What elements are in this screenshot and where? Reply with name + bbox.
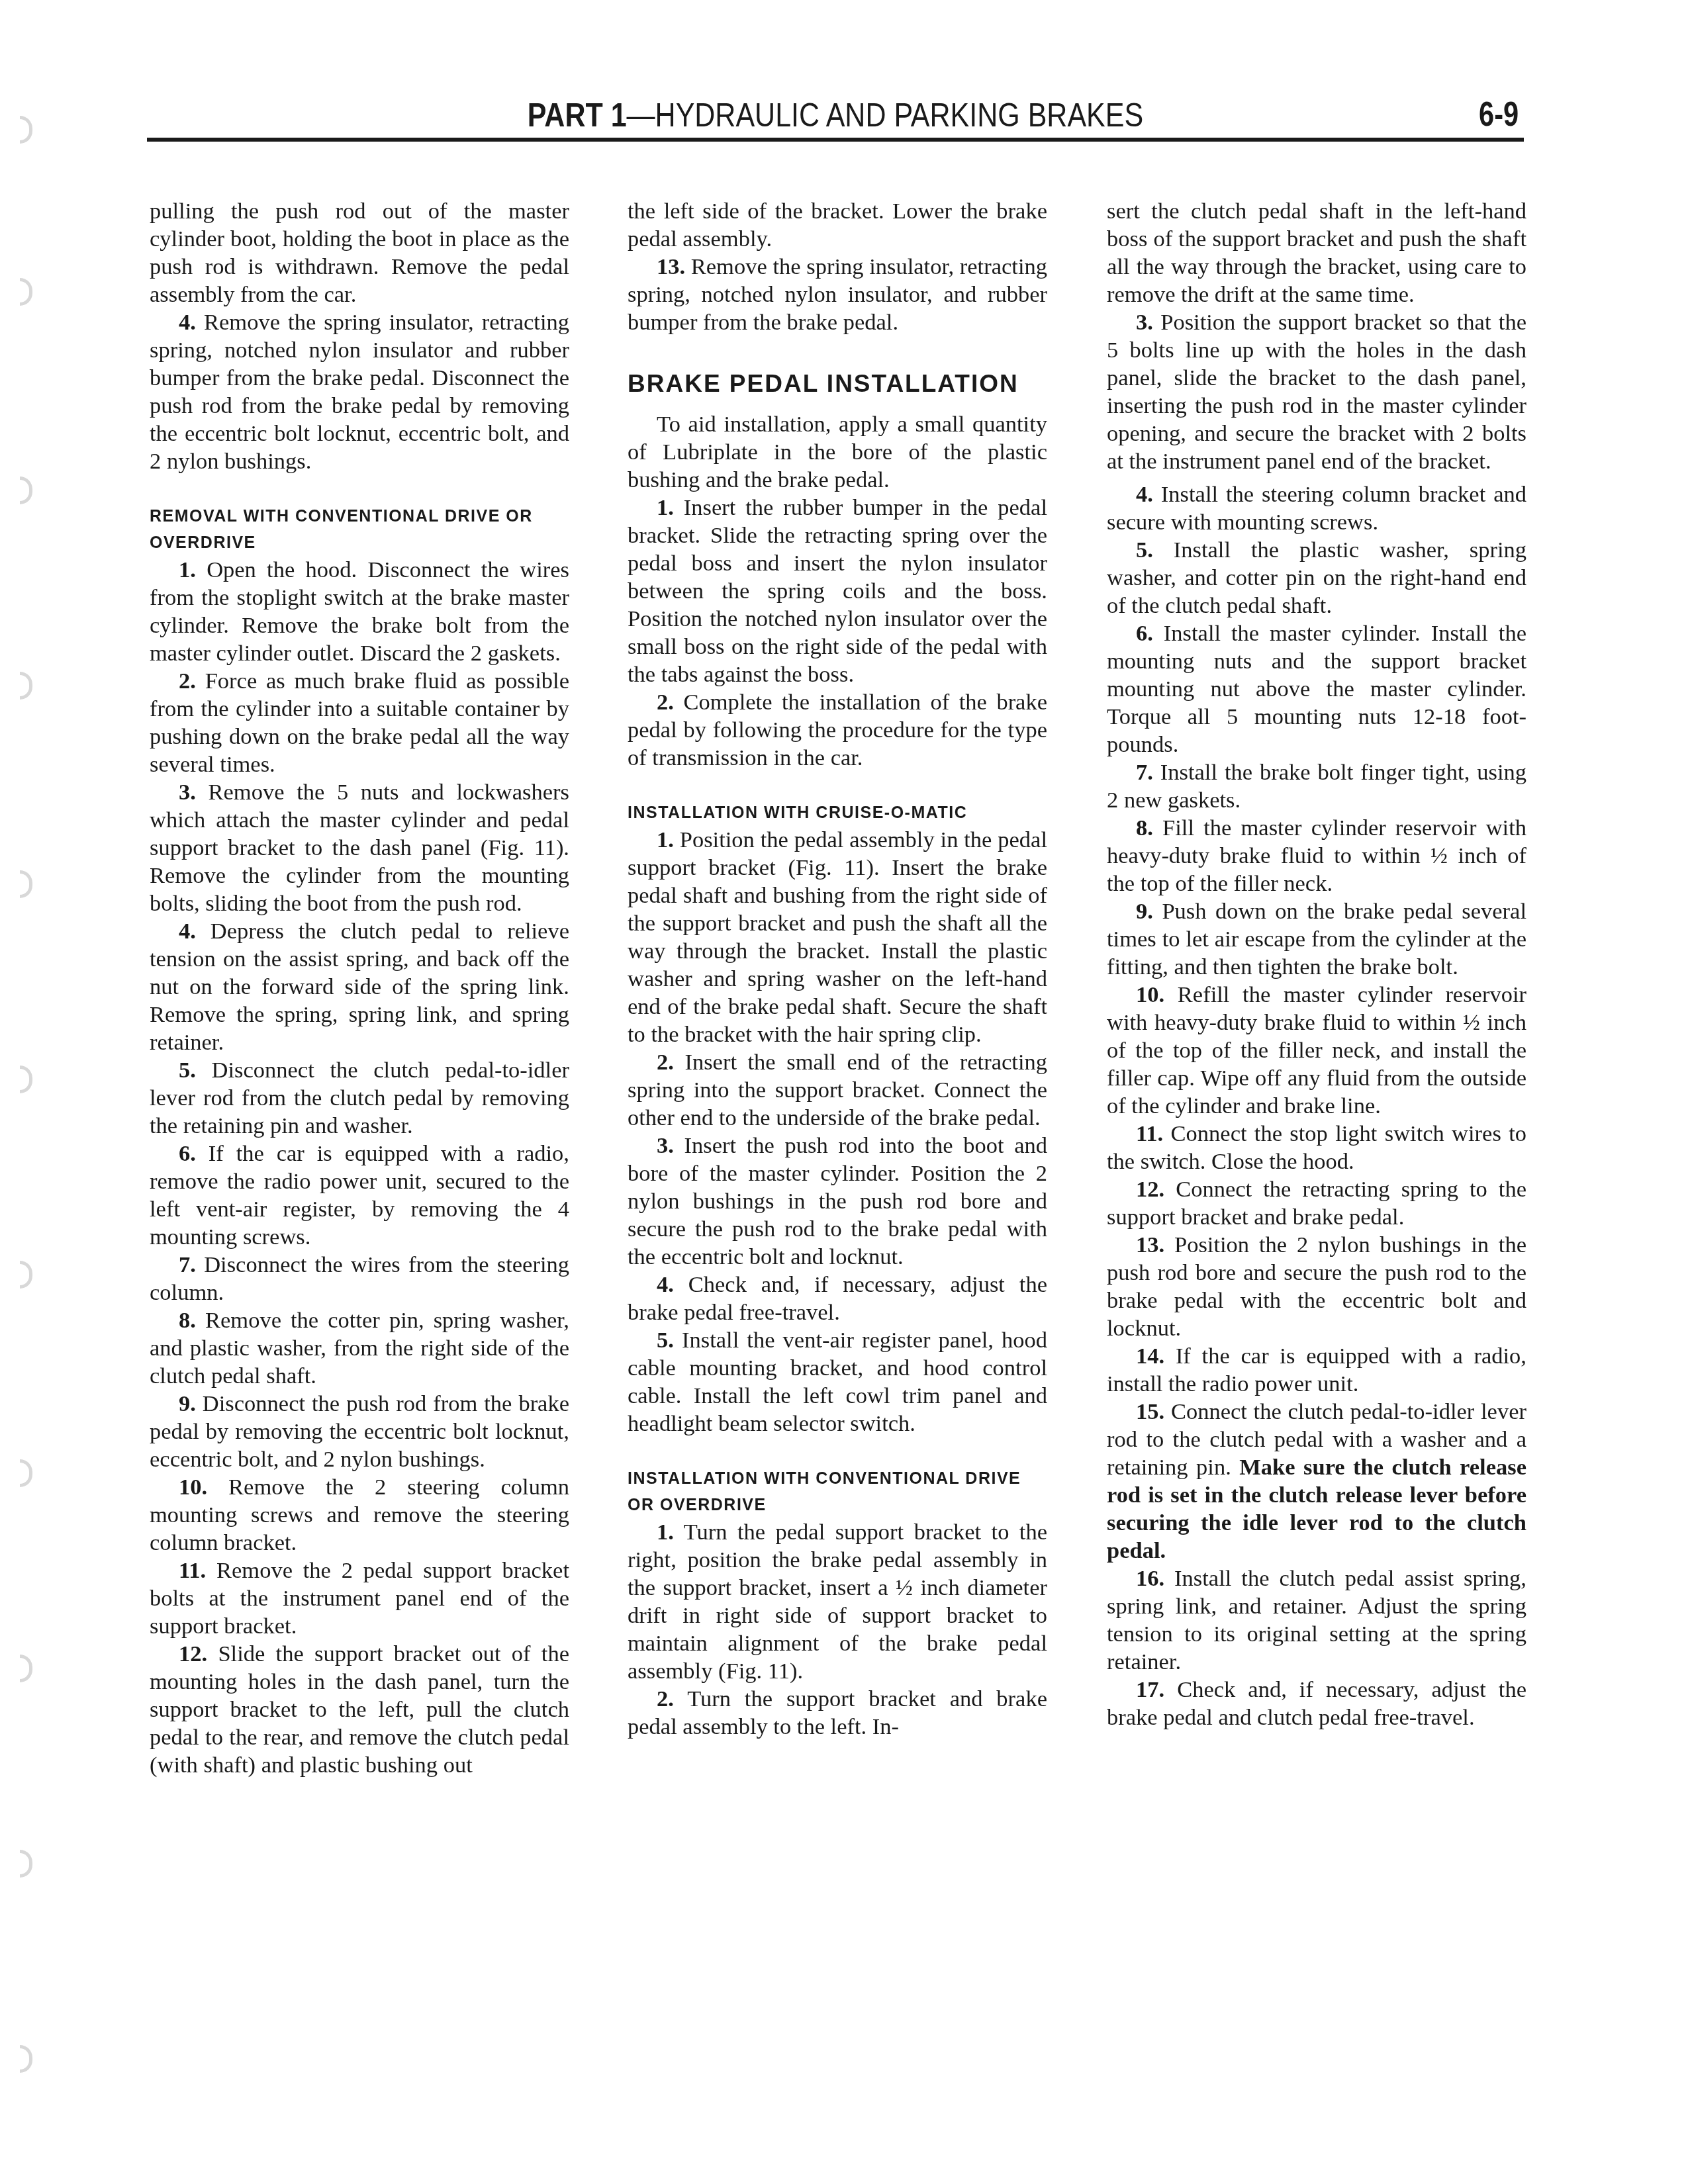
- step: 16. Install the clutch pedal assist spri…: [1107, 1565, 1526, 1676]
- punch-hole-mark: [20, 1850, 32, 1878]
- step: 2. Force as much brake fluid as possible…: [150, 667, 569, 778]
- step: 10. Refill the master cylinder reservoir…: [1107, 981, 1526, 1120]
- punch-hole-mark: [20, 870, 32, 898]
- step: 1. Turn the pedal support bracket to the…: [628, 1518, 1047, 1685]
- step: 2. Insert the small end of the retractin…: [628, 1048, 1047, 1132]
- paragraph: the left side of the bracket. Lower the …: [628, 197, 1047, 253]
- step: 2. Turn the support bracket and brake pe…: [628, 1685, 1047, 1741]
- paragraph: pulling the push rod out of the master c…: [150, 197, 569, 308]
- step: 9. Push down on the brake pedal several …: [1107, 897, 1526, 981]
- step: 9. Disconnect the push rod from the brak…: [150, 1390, 569, 1473]
- column-right: sert the clutch pedal shaft in the left-…: [1107, 197, 1526, 1731]
- step: 14. If the car is equipped with a radio,…: [1107, 1342, 1526, 1398]
- step: 6. Install the master cylinder. Install …: [1107, 619, 1526, 758]
- step: 6. If the car is equipped with a radio, …: [150, 1140, 569, 1251]
- step: 3. Insert the push rod into the boot and…: [628, 1132, 1047, 1271]
- step: 12. Slide the support bracket out of the…: [150, 1640, 569, 1779]
- title-section: —HYDRAULIC AND PARKING BRAKES: [627, 97, 1144, 134]
- step: 2. Complete the installation of the brak…: [628, 688, 1047, 772]
- page-number: 6-9: [1479, 95, 1519, 134]
- step: 3. Position the support bracket so that …: [1107, 308, 1526, 475]
- punch-hole-mark: [20, 278, 32, 306]
- step: 11. Remove the 2 pedal support bracket b…: [150, 1557, 569, 1640]
- step: 12. Connect the retracting spring to the…: [1107, 1175, 1526, 1231]
- step: 11. Connect the stop light switch wires …: [1107, 1120, 1526, 1175]
- page-title: PART 1—HYDRAULIC AND PARKING BRAKES: [244, 96, 1428, 134]
- step: 5. Disconnect the clutch pedal-to-idler …: [150, 1056, 569, 1140]
- step-with-warning: 15. Connect the clutch pedal-to-idler le…: [1107, 1398, 1526, 1565]
- step: 3. Remove the 5 nuts and lockwashers whi…: [150, 778, 569, 917]
- punch-hole-mark: [20, 116, 32, 144]
- punch-hole-mark: [20, 1459, 32, 1487]
- step: 1. Position the pedal assembly in the pe…: [628, 826, 1047, 1048]
- step: 7. Disconnect the wires from the steerin…: [150, 1251, 569, 1306]
- step: 8. Remove the cotter pin, spring washer,…: [150, 1306, 569, 1390]
- punch-hole-mark: [20, 1261, 32, 1289]
- punch-hole-mark: [20, 2045, 32, 2073]
- subheading-cruise-o-matic: INSTALLATION WITH CRUISE-O-MATIC: [628, 799, 1047, 826]
- step: 4. Remove the spring insulator, retracti…: [150, 308, 569, 475]
- step: 4. Install the steering column bracket a…: [1107, 480, 1526, 536]
- subheading-installation-conventional: INSTALLATION WITH CONVENTIONAL DRIVE OR …: [628, 1465, 1047, 1518]
- step: 4. Check and, if necessary, adjust the b…: [628, 1271, 1047, 1326]
- column-middle: the left side of the bracket. Lower the …: [628, 197, 1047, 1741]
- step: 8. Fill the master cylinder reservoir wi…: [1107, 814, 1526, 897]
- step: 7. Install the brake bolt finger tight, …: [1107, 758, 1526, 814]
- step: 1. Insert the rubber bumper in the pedal…: [628, 494, 1047, 688]
- heading-brake-pedal-installation: BRAKE PEDAL INSTALLATION: [628, 369, 1047, 398]
- punch-hole-mark: [20, 672, 32, 700]
- punch-hole-mark: [20, 1655, 32, 1682]
- paragraph: sert the clutch pedal shaft in the left-…: [1107, 197, 1526, 308]
- paragraph: To aid installation, apply a small quant…: [628, 410, 1047, 494]
- step: 17. Check and, if necessary, adjust the …: [1107, 1676, 1526, 1731]
- step: 13. Position the 2 nylon bushings in the…: [1107, 1231, 1526, 1342]
- step: 5. Install the plastic washer, spring wa…: [1107, 536, 1526, 619]
- punch-hole-mark: [20, 1066, 32, 1093]
- step: 13. Remove the spring insulator, retract…: [628, 253, 1047, 336]
- step: 1. Open the hood. Disconnect the wires f…: [150, 556, 569, 667]
- step: 5. Install the vent-air register panel, …: [628, 1326, 1047, 1437]
- title-part: PART 1: [528, 97, 627, 134]
- step: 10. Remove the 2 steering column mountin…: [150, 1473, 569, 1557]
- column-left: pulling the push rod out of the master c…: [150, 197, 569, 1779]
- header-rule: [147, 138, 1524, 142]
- step: 4. Depress the clutch pedal to relieve t…: [150, 917, 569, 1056]
- page-header: PART 1—HYDRAULIC AND PARKING BRAKES 6-9: [147, 89, 1524, 142]
- punch-hole-mark: [20, 477, 32, 504]
- subheading-removal-conventional: REMOVAL WITH CONVENTIONAL DRIVE OR OVERD…: [150, 503, 569, 556]
